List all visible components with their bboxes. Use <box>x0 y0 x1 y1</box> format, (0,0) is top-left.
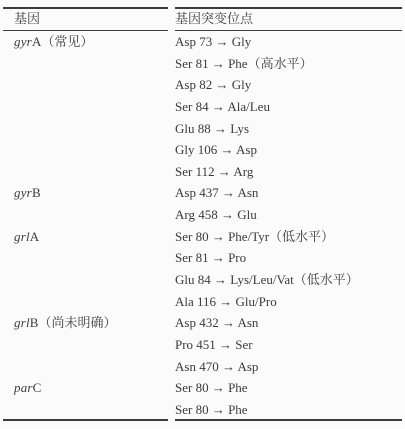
gene-cell <box>3 399 168 421</box>
gene-cell <box>3 161 168 183</box>
mutation-cell: Ala 116 → Glu/Pro <box>175 291 402 313</box>
mutation-cell: Glu 88 → Lys <box>175 118 402 140</box>
gene-cell <box>3 247 168 269</box>
mutation-cell: Glu 84 → Lys/Leu/Vat（低水平） <box>175 269 402 291</box>
mutation-cell: Gly 106 → Asp <box>175 139 402 161</box>
mutation-cell: Ser 80 → Phe/Tyr（低水平） <box>175 226 402 248</box>
gene-cell <box>3 269 168 291</box>
table-grid: 基因 基因突变位点 gyrA（常见） Asp 73 → Gly Ser 81 →… <box>3 7 402 421</box>
column-header-mutation-site: 基因突变位点 <box>175 7 402 31</box>
gene-symbol-suffix: C <box>33 380 42 395</box>
gene-cell: grlA <box>3 226 168 248</box>
mutation-cell: Asp 437 → Asn <box>175 182 402 204</box>
gene-mutation-table: 基因 基因突变位点 gyrA（常见） Asp 73 → Gly Ser 81 →… <box>0 7 405 421</box>
gene-symbol-suffix: A <box>32 34 41 49</box>
mutation-cell: Ser 81 → Phe（高水平） <box>175 53 402 75</box>
gene-symbol-italic: par <box>14 380 33 395</box>
gene-cell: grlB（尚未明确） <box>3 312 168 334</box>
column-header-gene: 基因 <box>3 7 168 31</box>
mutation-cell: Asp 432 → Asn <box>175 312 402 334</box>
gene-cell: gyrA（常见） <box>3 31 168 53</box>
mutation-cell: Asp 82 → Gly <box>175 74 402 96</box>
gene-note: （尚未明确） <box>38 315 116 330</box>
gene-cell <box>3 291 168 313</box>
gene-cell <box>3 118 168 140</box>
gene-symbol-suffix: A <box>30 229 39 244</box>
gene-cell <box>3 96 168 118</box>
gene-symbol-suffix: B <box>32 185 41 200</box>
gene-cell <box>3 139 168 161</box>
mutation-cell: Arg 458 → Glu <box>175 204 402 226</box>
gene-cell: parC <box>3 377 168 399</box>
gene-note: （常见） <box>41 34 93 49</box>
mutation-cell: Asn 470 → Asp <box>175 356 402 378</box>
mutation-cell: Ser 80 → Phe <box>175 399 402 421</box>
gene-symbol-italic: gyr <box>14 185 32 200</box>
mutation-cell: Ser 112 → Arg <box>175 161 402 183</box>
gene-cell <box>3 204 168 226</box>
gene-cell <box>3 356 168 378</box>
gene-cell: gyrB <box>3 182 168 204</box>
gene-symbol-italic: gyr <box>14 34 32 49</box>
mutation-cell: Ser 80 → Phe <box>175 377 402 399</box>
mutation-cell: Ser 84 → Ala/Leu <box>175 96 402 118</box>
mutation-cell: Asp 73 → Gly <box>175 31 402 53</box>
gene-cell <box>3 74 168 96</box>
mutation-cell: Ser 81 → Pro <box>175 247 402 269</box>
gene-cell <box>3 334 168 356</box>
gene-symbol-italic: grl <box>14 315 30 330</box>
gene-symbol-italic: grl <box>14 229 30 244</box>
gene-cell <box>3 53 168 75</box>
mutation-cell: Pro 451 → Ser <box>175 334 402 356</box>
